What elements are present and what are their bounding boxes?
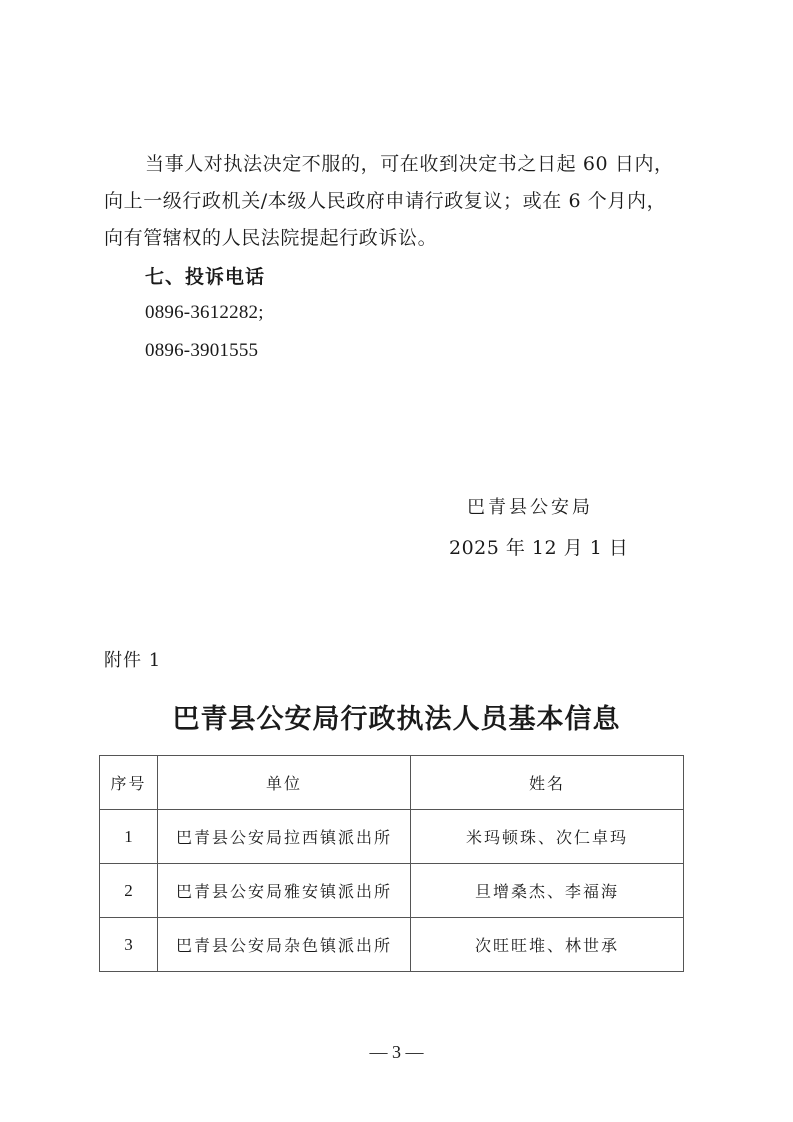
paragraph-line: 向有管辖权的人民法院提起行政诉讼。	[104, 220, 694, 257]
paragraph-line: 向上一级行政机关/本级人民政府申请行政复议；或在 6 个月内，	[104, 183, 694, 220]
header-unit: 单位	[158, 756, 411, 810]
cell-names: 次旺旺堆、林世承	[411, 918, 684, 972]
attachment-title: 巴青县公安局行政执法人员基本信息	[0, 697, 793, 736]
table-row: 3 巴青县公安局杂色镇派出所 次旺旺堆、林世承	[100, 918, 684, 972]
cell-names: 米玛顿珠、次仁卓玛	[411, 810, 684, 864]
header-names: 姓名	[411, 756, 684, 810]
appeal-paragraph: 当事人对执法决定不服的，可在收到决定书之日起 60 日内， 向上一级行政机关/本…	[104, 146, 694, 257]
page-number: — 3 —	[0, 1042, 793, 1063]
header-index: 序号	[100, 756, 158, 810]
cell-unit: 巴青县公安局拉西镇派出所	[158, 810, 411, 864]
cell-names: 旦增桑杰、李福海	[411, 864, 684, 918]
cell-index: 2	[100, 864, 158, 918]
attachment-label: 附件 1	[104, 646, 161, 672]
paragraph-line: 当事人对执法决定不服的，可在收到决定书之日起 60 日内，	[104, 146, 694, 183]
cell-index: 3	[100, 918, 158, 972]
cell-unit: 巴青县公安局雅安镇派出所	[158, 864, 411, 918]
phone-number: 0896-3901555	[145, 340, 258, 362]
cell-unit: 巴青县公安局杂色镇派出所	[158, 918, 411, 972]
table-row: 2 巴青县公安局雅安镇派出所 旦增桑杰、李福海	[100, 864, 684, 918]
personnel-table: 序号 单位 姓名 1 巴青县公安局拉西镇派出所 米玛顿珠、次仁卓玛 2 巴青县公…	[99, 755, 684, 972]
complaint-heading: 七、投诉电话	[145, 262, 265, 289]
table-header-row: 序号 单位 姓名	[100, 756, 684, 810]
phone-number: 0896-3612282;	[145, 302, 264, 324]
signature-organization: 巴青县公安局	[467, 493, 593, 519]
signature-date: 2025 年 12 月 1 日	[449, 533, 628, 560]
cell-index: 1	[100, 810, 158, 864]
table-row: 1 巴青县公安局拉西镇派出所 米玛顿珠、次仁卓玛	[100, 810, 684, 864]
